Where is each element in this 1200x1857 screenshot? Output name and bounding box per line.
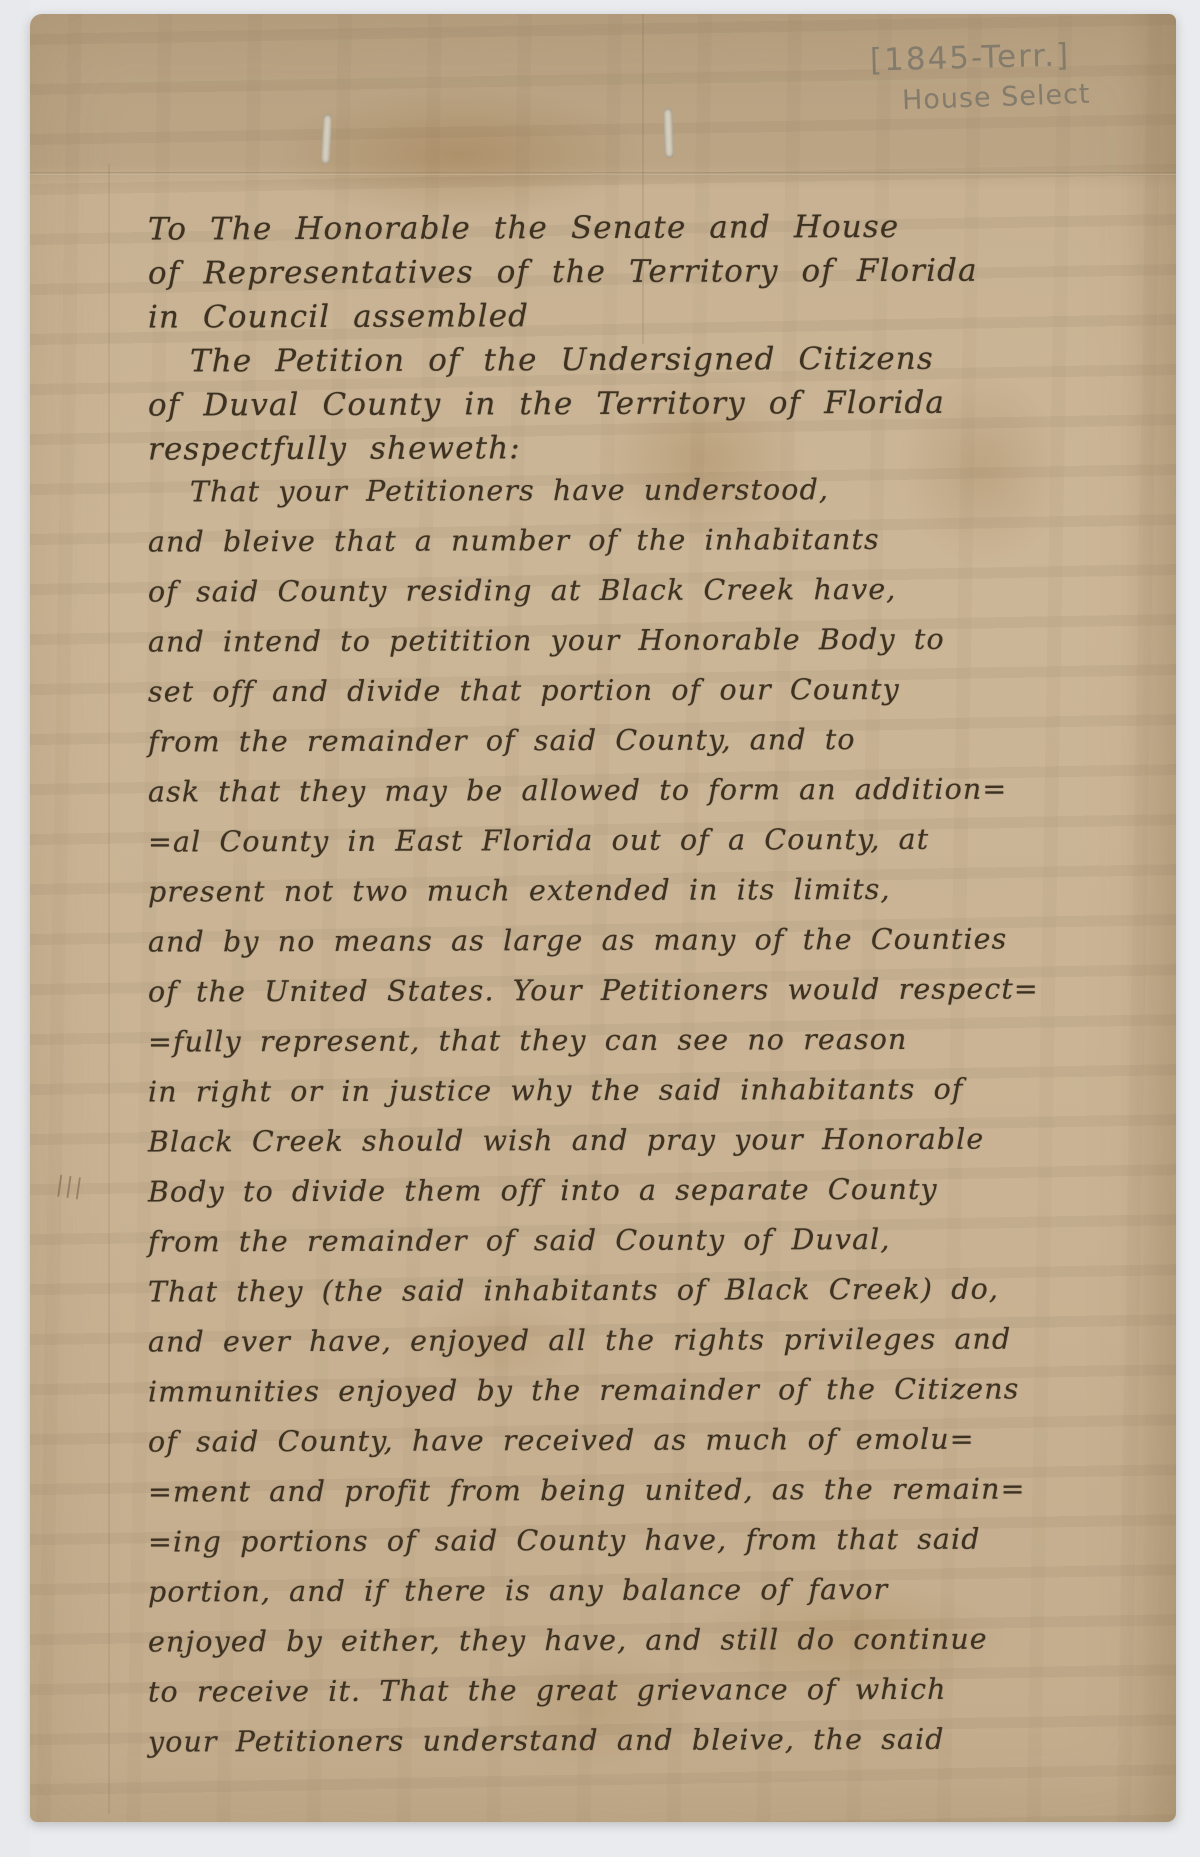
manuscript-line: respectfully sheweth: [148,428,1028,475]
manuscript-line: Body to divide them off into a separate … [148,1172,1028,1225]
manuscript-text: To The Honorable the Senate and Houseof … [148,210,1028,1774]
manuscript-line: and by no means as large as many of the … [148,922,1028,975]
manuscript-line: =ing portions of said County have, from … [148,1522,1028,1575]
manuscript-line: of said County residing at Black Creek h… [148,572,1028,625]
manuscript-line: =al County in East Florida out of a Coun… [148,822,1028,875]
manuscript-line: of said County, have received as much of… [148,1422,1028,1475]
binding-slit-left [321,114,333,164]
manuscript-line: and bleive that a number of the inhabita… [148,522,1028,575]
manuscript-line: The Petition of the Undersigned Citizens [148,340,1028,387]
manuscript-line: from the remainder of said County of Duv… [148,1222,1028,1275]
manuscript-line: portion, and if there is any balance of … [148,1572,1028,1625]
manuscript-line: =fully represent, that they can see no r… [148,1022,1028,1075]
manuscript-line: That they (the said inhabitants of Black… [148,1272,1028,1325]
manuscript-line: of Representatives of the Territory of F… [148,252,1028,299]
manuscript-line: and ever have, enjoyed all the rights pr… [148,1322,1028,1375]
manuscript-line: to receive it. That the great grievance … [148,1672,1028,1725]
manuscript-line: in right or in justice why the said inha… [148,1072,1028,1125]
manuscript-line: of the United States. Your Petitioners w… [148,972,1028,1025]
manuscript-line: from the remainder of said County, and t… [148,722,1028,775]
manuscript-page: [1845-Terr.] House Select ||| To The Hon… [30,14,1176,1822]
scan-backdrop: [1845-Terr.] House Select ||| To The Hon… [0,0,1200,1857]
manuscript-line: =ment and profit from being united, as t… [148,1472,1028,1525]
manuscript-line: ask that they may be allowed to form an … [148,772,1028,825]
manuscript-line: immunities enjoyed by the remainder of t… [148,1372,1028,1425]
archival-date-annotation: [1845-Terr.] [870,37,1071,78]
binding-slit-right [663,108,674,158]
manuscript-line: enjoyed by either, they have, and still … [148,1622,1028,1675]
manuscript-line: your Petitioners understand and bleive, … [148,1722,1028,1775]
manuscript-line: Black Creek should wish and pray your Ho… [148,1122,1028,1175]
vertical-fold-crease-left [108,164,110,1814]
manuscript-line: present not two much extended in its lim… [148,872,1028,925]
committee-annotation: House Select [902,79,1091,117]
horizontal-fold-crease [30,172,1176,175]
manuscript-line: That your Petitioners have understood, [148,472,1028,525]
manuscript-line: To The Honorable the Senate and House [148,208,1028,255]
manuscript-line: set off and divide that portion of our C… [148,672,1028,725]
manuscript-line: in Council assembled [148,296,1028,343]
margin-pencil-marks: ||| [54,1172,85,1201]
manuscript-line: and intend to petitition your Honorable … [148,622,1028,675]
manuscript-line: of Duval County in the Territory of Flor… [148,384,1028,431]
